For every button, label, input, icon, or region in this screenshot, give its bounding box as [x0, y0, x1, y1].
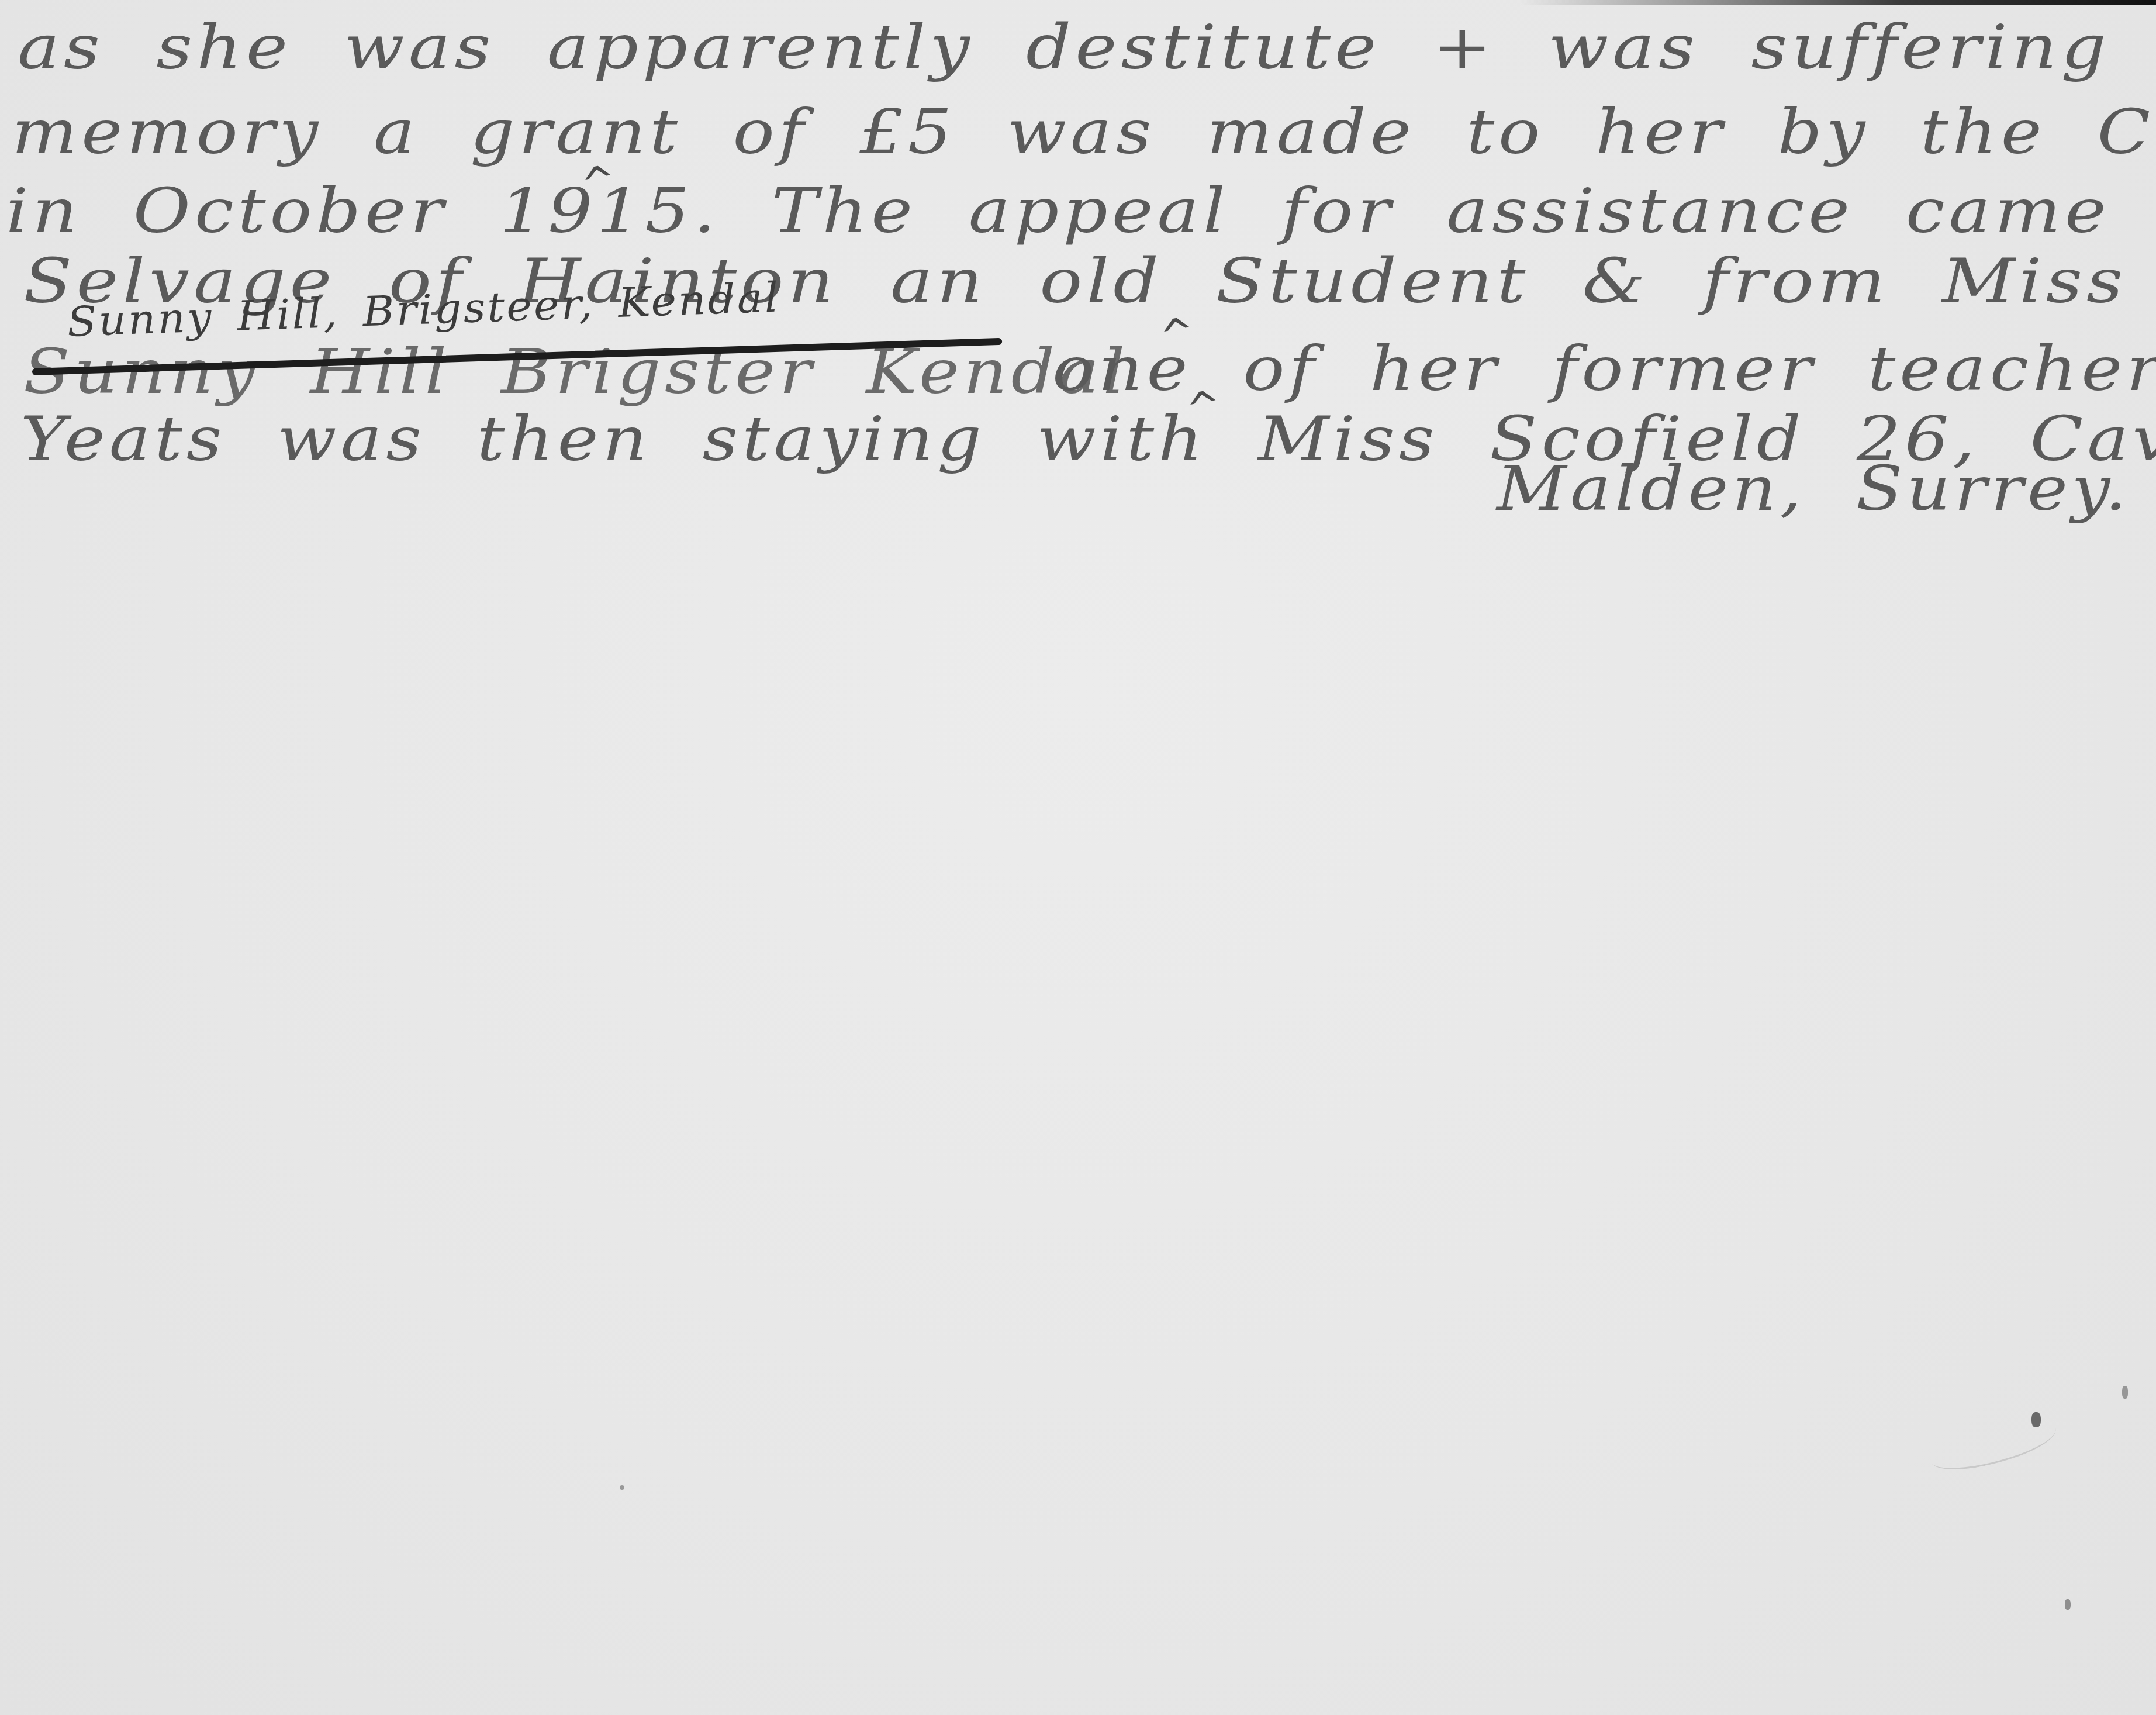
ink-smudge — [2065, 1599, 2071, 1610]
handwritten-line-1: as she was apparently destitute + was su… — [18, 12, 2156, 83]
handwritten-line-2: memory a grant of £5 was made to her by … — [12, 96, 2156, 168]
handwritten-line-7: Malden, Surrey. — [1497, 453, 2130, 524]
ink-smudge — [2031, 1412, 2041, 1427]
card-top-edge-shadow — [1520, 0, 2156, 5]
struck-through-address: Sunny Hill Brigster Kendal — [23, 336, 1129, 408]
handwritten-line-3: in October 1915. The appeal for assistan… — [6, 175, 2156, 247]
paper-speck — [620, 1485, 624, 1490]
ink-smudge — [2122, 1386, 2128, 1399]
note-card: as she was apparently destitute + was su… — [0, 0, 2156, 1715]
